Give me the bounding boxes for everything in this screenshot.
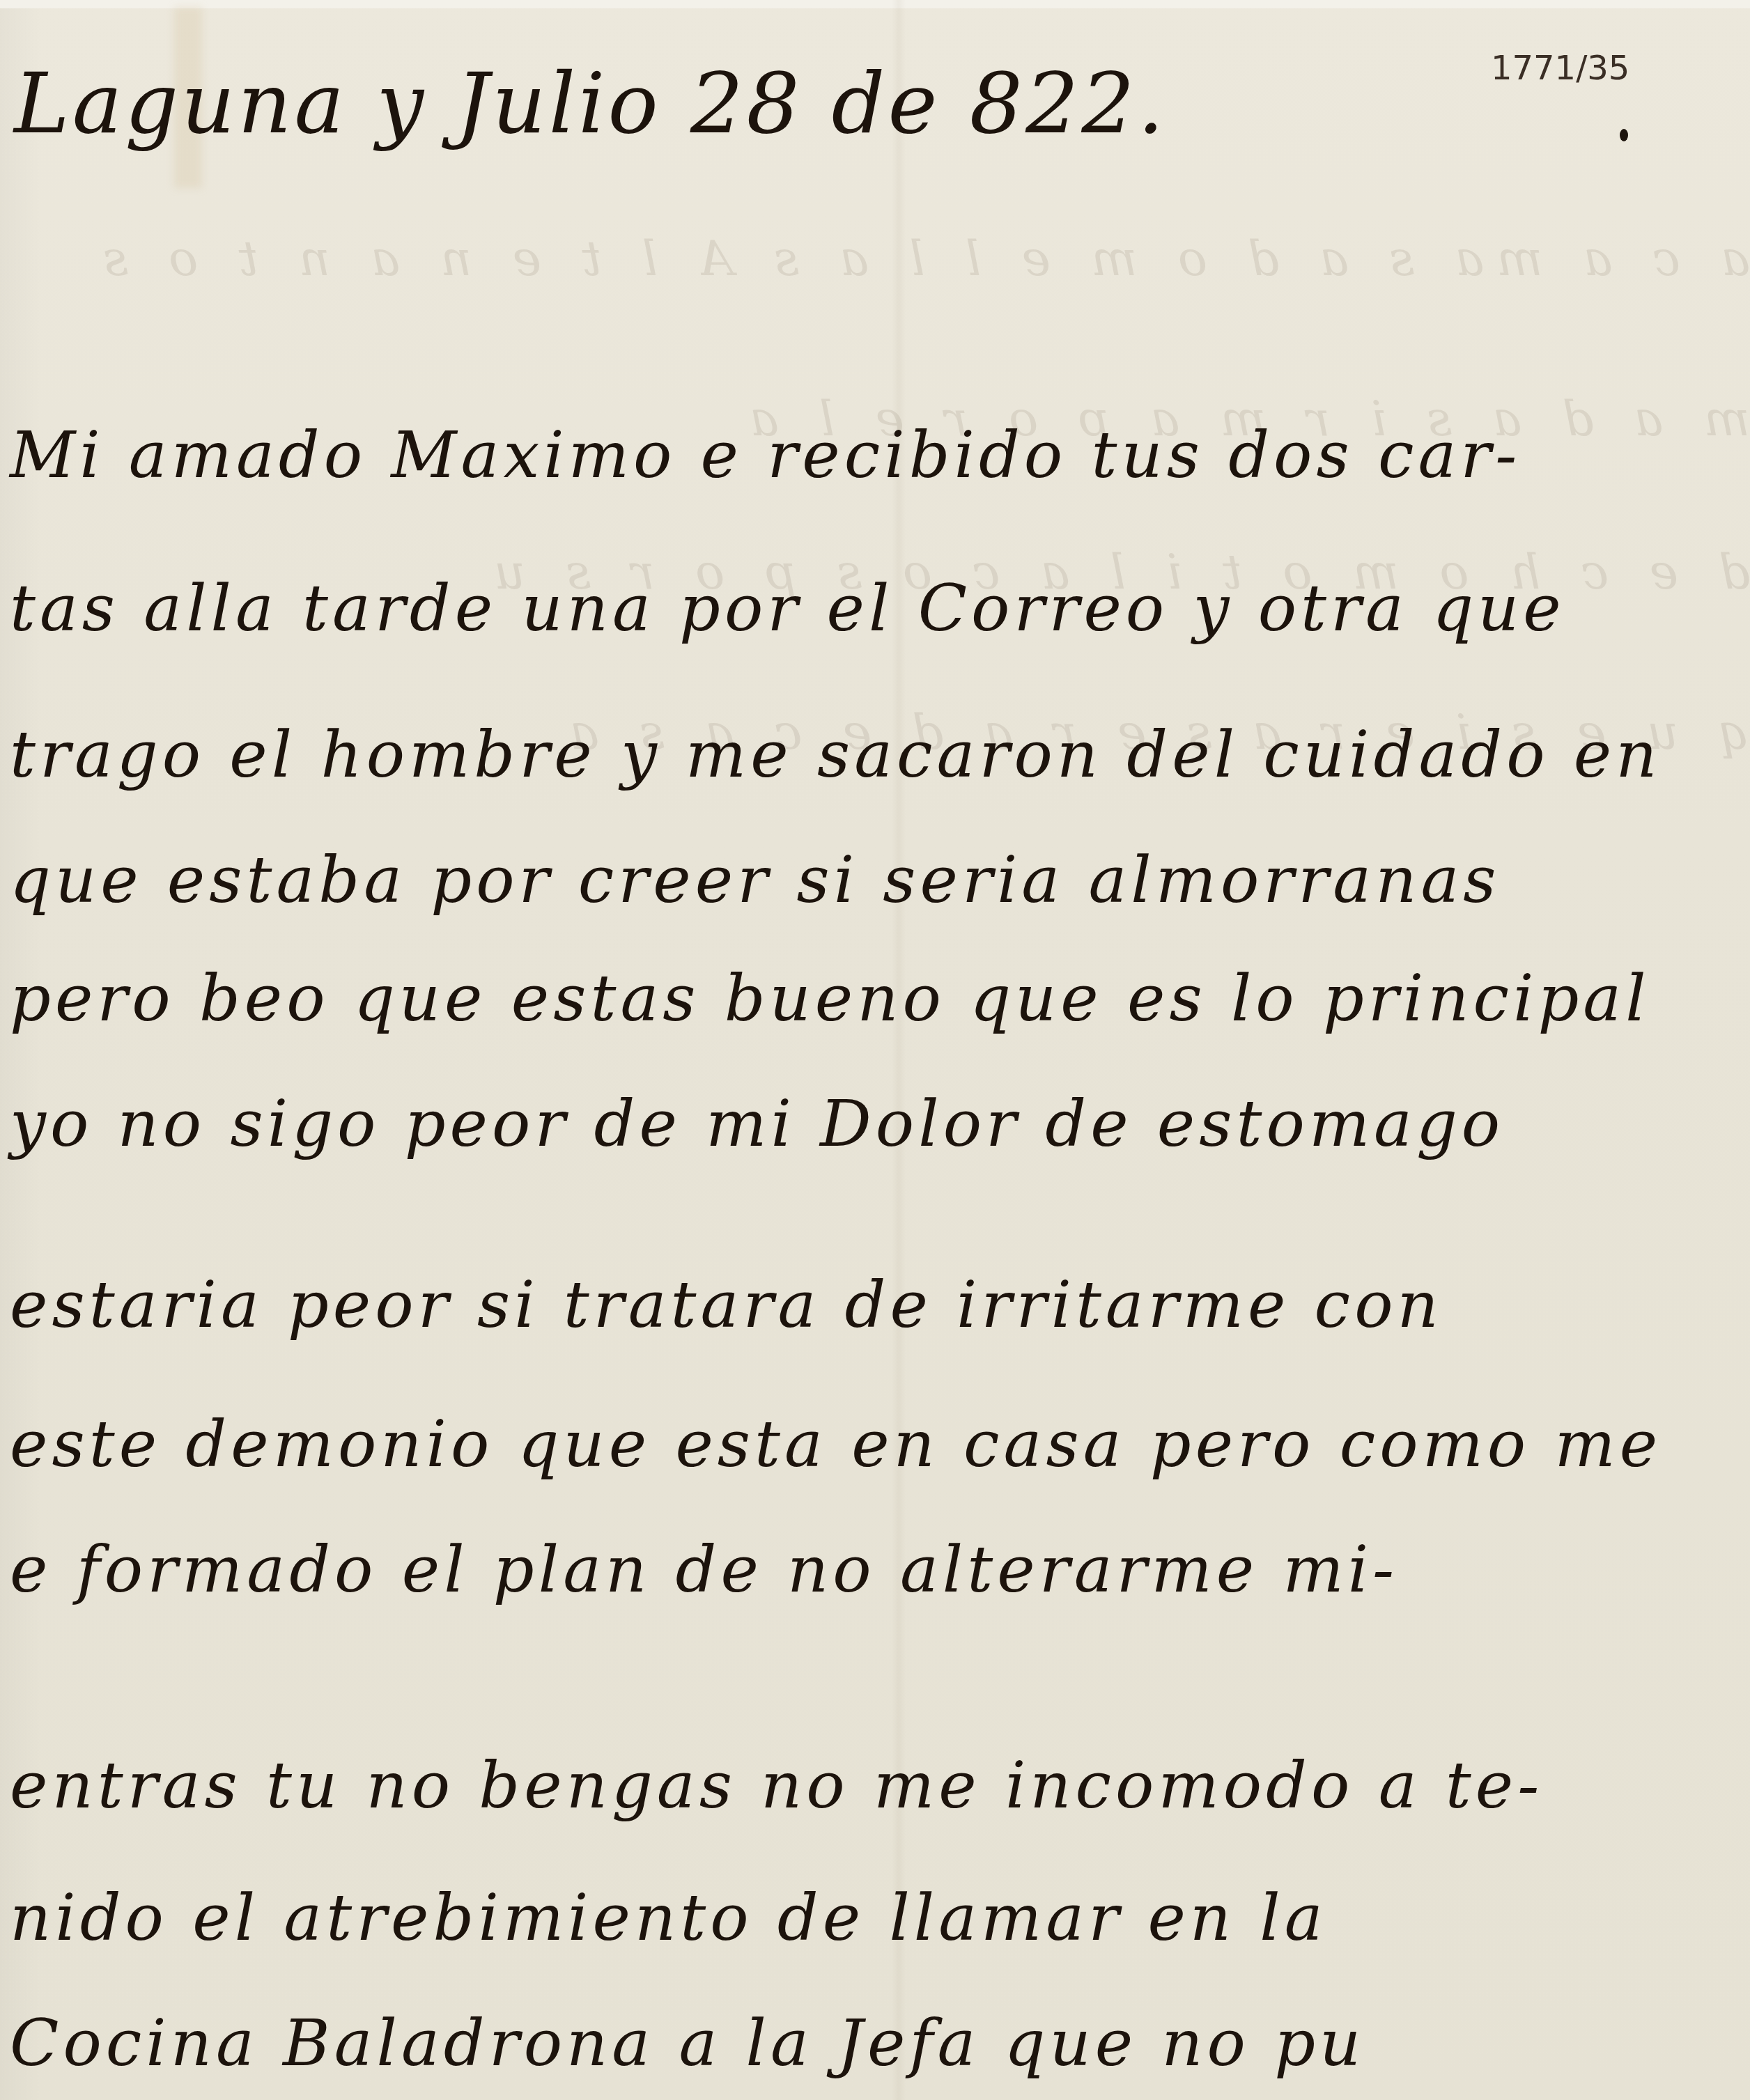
letter-line: pero beo que estas bueno que es lo princ…: [10, 961, 1650, 1036]
letter-line: entras tu no bengas no me incomodo a te-: [10, 1748, 1543, 1823]
letter-line: este demonio que esta en casa pero como …: [10, 1407, 1662, 1481]
archive-reference-number: 1771/35: [1491, 49, 1629, 88]
letter-line: nido el atrebimiento de llamar en la: [10, 1881, 1327, 1955]
paper-top-edge: [0, 0, 1750, 8]
letter-date-heading: Laguna y Julio 28 de 822.: [14, 56, 1167, 153]
letter-page: a c a ma s a d o m e l l a s A l t e n a…: [0, 0, 1750, 2100]
letter-line: e formado el plan de no alterarme mi-: [10, 1532, 1398, 1607]
letter-line: Mi amado Maximo e recibido tus dos car-: [10, 418, 1521, 492]
ink-dot: [1620, 129, 1628, 141]
letter-line: yo no sigo peor de mi Dolor de estomago: [10, 1087, 1504, 1161]
letter-line: estaria peor si tratara de irritarme con: [10, 1268, 1443, 1342]
letter-line: que estaba por creer si seria almorranas: [10, 843, 1500, 917]
letter-line: trago el hombre y me sacaron del cuidado…: [10, 717, 1662, 792]
letter-line: Cocina Baladrona a la Jefa que no pu: [10, 2006, 1365, 2080]
ink-bleed-through: a c a ma s a d o m e l l a s A l t e n a…: [0, 230, 1750, 287]
letter-line: tas alla tarde una por el Correo y otra …: [10, 571, 1565, 646]
